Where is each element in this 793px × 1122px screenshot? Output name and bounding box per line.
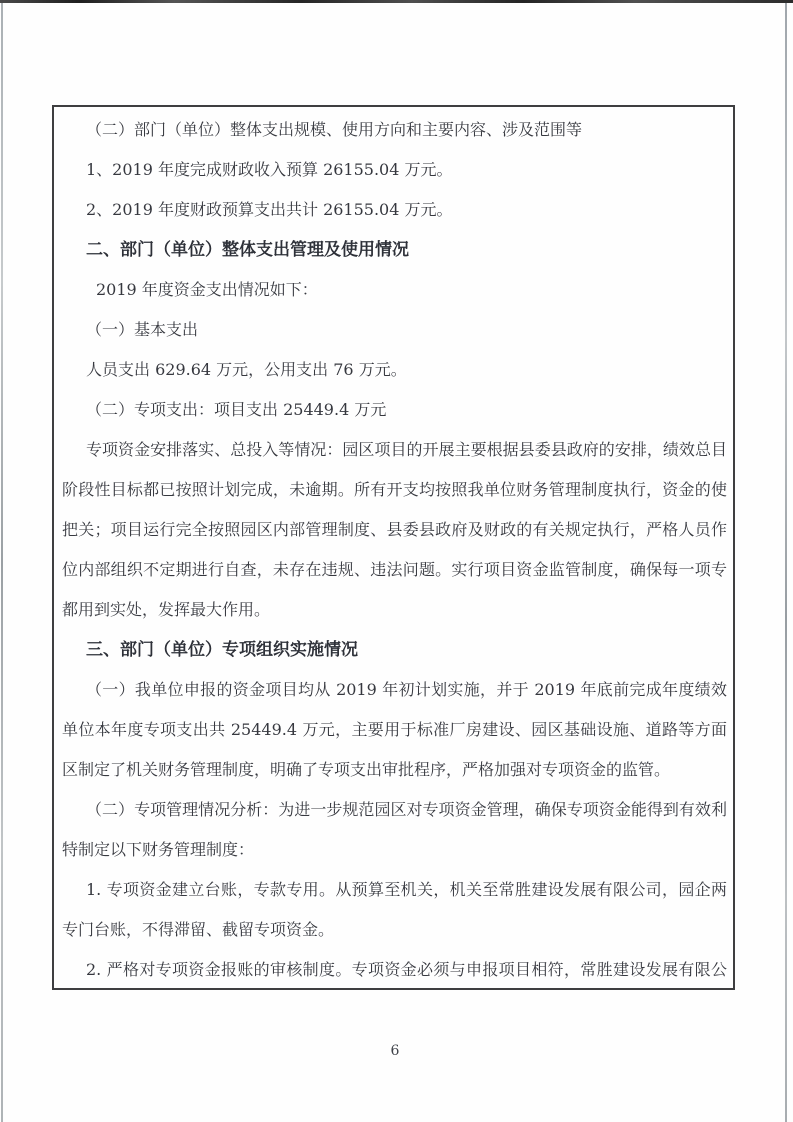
text-line: 位内部组织不定期进行自查，未存在违规、违法问题。实行项目资金监管制度，确保每一项… [62, 550, 727, 590]
text-line: 2. 严格对专项资金报账的审核制度。专项资金必须与申报项目相符，常胜建设发展有限… [62, 950, 727, 990]
text-line: （一）我单位申报的资金项目均从 2019 年初计划实施，并于 2019 年底前完… [62, 670, 727, 710]
text-line: 专门台账，不得滞留、截留专项资金。 [62, 910, 727, 950]
text-line: 三、部门（单位）专项组织实施情况 [62, 630, 727, 670]
text-line: 阶段性目标都已按照计划完成，未逾期。所有开支均按照我单位财务管理制度执行，资金的… [62, 470, 727, 510]
text-line: 把关；项目运行完全按照园区内部管理制度、县委县政府及财政的有关规定执行，严格人员… [62, 510, 727, 550]
scan-edge-right [785, 3, 787, 1122]
text-line: 单位本年度专项支出共 25449.4 万元，主要用于标准厂房建设、园区基础设施、… [62, 710, 727, 750]
scan-edge-left [1, 3, 3, 1122]
text-line: 特制定以下财务管理制度： [62, 830, 727, 870]
text-line: 人员支出 629.64 万元，公用支出 76 万元。 [62, 350, 727, 390]
text-line: 专项资金安排落实、总投入等情况：园区项目的开展主要根据县委县政府的安排，绩效总目… [62, 430, 727, 470]
text-line: （二）专项管理情况分析：为进一步规范园区对专项资金管理，确保专项资金能得到有效利… [62, 790, 727, 830]
text-line: （二）部门（单位）整体支出规模、使用方向和主要内容、涉及范围等 [62, 110, 727, 150]
text-line: 2、2019 年度财政预算支出共计 26155.04 万元。 [62, 190, 727, 230]
text-line: 都用到实处，发挥最大作用。 [62, 590, 727, 630]
scan-edge-top [0, 0, 793, 3]
text-line: 2019 年度资金支出情况如下： [62, 270, 727, 310]
text-line: 区制定了机关财务管理制度，明确了专项支出审批程序，严格加强对专项资金的监管。 [62, 750, 727, 790]
text-line: 1. 专项资金建立台账，专款专用。从预算至机关，机关至常胜建设发展有限公司，园企… [62, 870, 727, 910]
document-lines: （二）部门（单位）整体支出规模、使用方向和主要内容、涉及范围等1、2019 年度… [62, 110, 727, 990]
text-line: 1、2019 年度完成财政收入预算 26155.04 万元。 [62, 150, 727, 190]
content-frame: （二）部门（单位）整体支出规模、使用方向和主要内容、涉及范围等1、2019 年度… [52, 105, 735, 990]
text-line: （一）基本支出 [62, 310, 727, 350]
text-line: 二、部门（单位）整体支出管理及使用情况 [62, 230, 727, 270]
page-number: 6 [0, 1043, 790, 1059]
text-line: （二）专项支出：项目支出 25449.4 万元 [62, 390, 727, 430]
